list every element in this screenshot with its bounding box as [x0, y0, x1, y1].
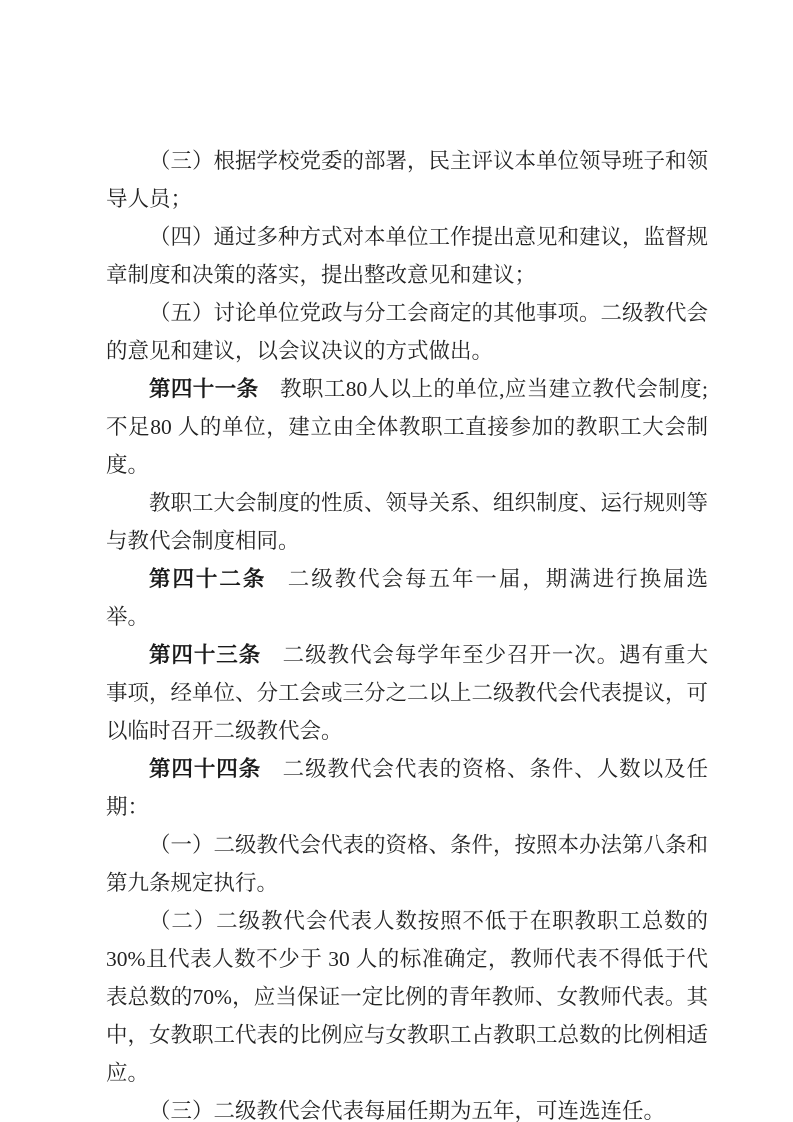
paragraph-text: 教职工大会制度的性质、领导关系、组织制度、运行规则等与教代会制度相同。	[106, 491, 708, 553]
article-number: 第四十二条	[149, 567, 266, 591]
paragraph-text: （三）二级教代会代表每届任期为五年，可连选连任。	[149, 1099, 665, 1122]
paragraph-text: （一）二级教代会代表的资格、条件，按照本办法第八条和第九条规定执行。	[106, 833, 708, 895]
document-body: （三）根据学校党委的部署，民主评议本单位领导班子和领导人员；（四）通过多种方式对…	[106, 142, 708, 1122]
paragraph: （五）讨论单位党政与分工会商定的其他事项。二级教代会的意见和建议，以会议决议的方…	[106, 294, 708, 370]
paragraph-text: （四）通过多种方式对本单位工作提出意见和建议，监督规章制度和决策的落实，提出整改…	[106, 225, 708, 287]
paragraph-text: （二）二级教代会代表人数按照不低于在职教职工总数的30%且代表人数不少于 30 …	[106, 909, 708, 1085]
paragraph: 第四十一条教职工80人以上的单位,应当建立教代会制度;不足80 人的单位，建立由…	[106, 370, 708, 484]
paragraph: （三）二级教代会代表每届任期为五年，可连选连任。	[106, 1092, 708, 1122]
paragraph-text: （五）讨论单位党政与分工会商定的其他事项。二级教代会的意见和建议，以会议决议的方…	[106, 301, 708, 363]
article-number: 第四十一条	[149, 377, 259, 401]
article-number: 第四十三条	[149, 643, 261, 667]
paragraph: （三）根据学校党委的部署，民主评议本单位领导班子和领导人员；	[106, 142, 708, 218]
document-page: （三）根据学校党委的部署，民主评议本单位领导班子和领导人员；（四）通过多种方式对…	[0, 0, 793, 1122]
article-number: 第四十四条	[149, 757, 261, 781]
paragraph: 第四十三条二级教代会每学年至少召开一次。遇有重大事项，经单位、分工会或三分之二以…	[106, 636, 708, 750]
paragraph-text: （三）根据学校党委的部署，民主评议本单位领导班子和领导人员；	[106, 149, 708, 211]
paragraph: 第四十二条二级教代会每五年一届，期满进行换届选举。	[106, 560, 708, 636]
paragraph: （一）二级教代会代表的资格、条件，按照本办法第八条和第九条规定执行。	[106, 826, 708, 902]
paragraph: 教职工大会制度的性质、领导关系、组织制度、运行规则等与教代会制度相同。	[106, 484, 708, 560]
paragraph: （二）二级教代会代表人数按照不低于在职教职工总数的30%且代表人数不少于 30 …	[106, 902, 708, 1092]
paragraph: 第四十四条二级教代会代表的资格、条件、人数以及任期：	[106, 750, 708, 826]
paragraph: （四）通过多种方式对本单位工作提出意见和建议，监督规章制度和决策的落实，提出整改…	[106, 218, 708, 294]
